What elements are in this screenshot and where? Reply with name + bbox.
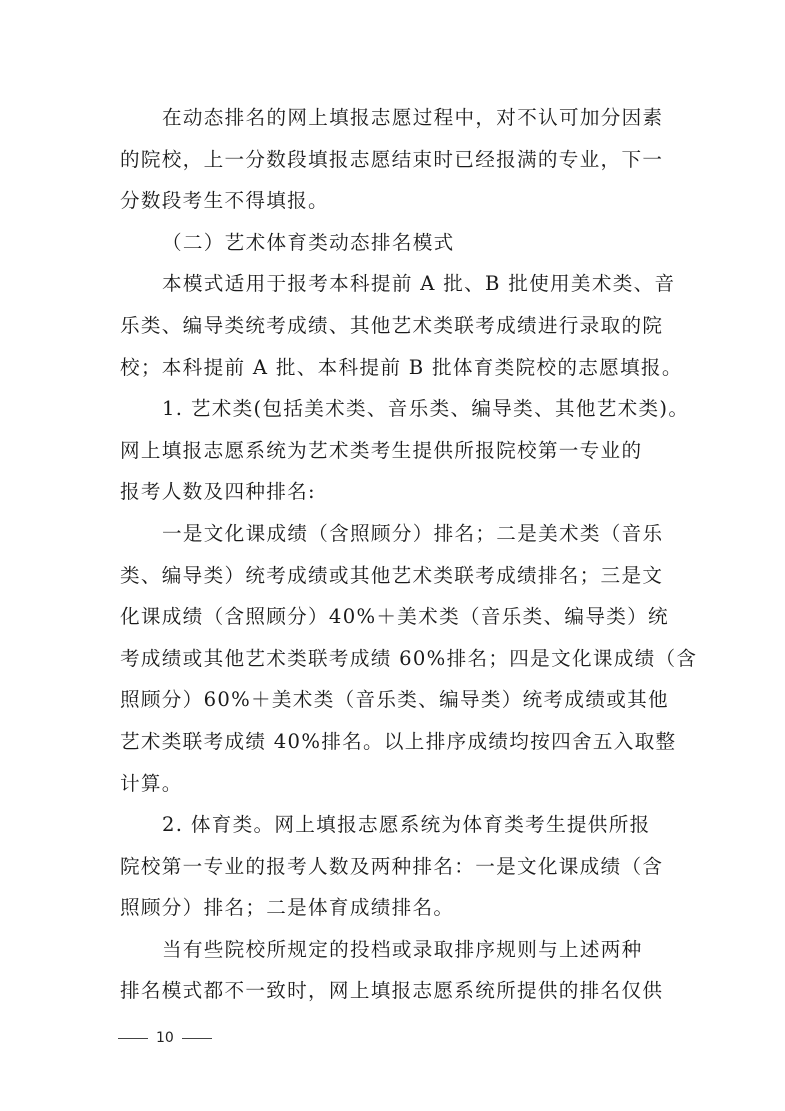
page-number: 10	[156, 1030, 174, 1046]
numbered-item-heading: 1. 艺术类(包括美术类、音乐类、编导类、其他艺术类)。	[120, 388, 665, 430]
paragraph-line: 的院校，上一分数段填报志愿结束时已经报满的专业，下一	[120, 139, 665, 181]
paragraph-line: 化课成绩（含照顾分）40%＋美术类（音乐类、编导类）统	[120, 596, 665, 638]
paragraph-line: 院校第一专业的报考人数及两种排名：一是文化课成绩（含	[120, 846, 665, 888]
paragraph-line: 艺术类联考成绩 40%排名。以上排序成绩均按四舍五入取整	[120, 721, 665, 763]
paragraph-line: 计算。	[120, 763, 665, 805]
numbered-item-heading: 2. 体育类。网上填报志愿系统为体育类考生提供所报	[120, 804, 665, 846]
footer-dash-left	[118, 1038, 148, 1039]
page-footer: 10	[118, 1030, 212, 1046]
paragraph-line: 网上填报志愿系统为艺术类考生提供所报院校第一专业的	[120, 430, 665, 472]
paragraph-line: 校；本科提前 A 批、本科提前 B 批体育类院校的志愿填报。	[120, 347, 665, 389]
paragraph-line: 一是文化课成绩（含照顾分）排名；二是美术类（音乐	[120, 513, 665, 555]
paragraph-line: 类、编导类）统考成绩或其他艺术类联考成绩排名；三是文	[120, 555, 665, 597]
paragraph-line: 当有些院校所规定的投档或录取排序规则与上述两种	[120, 929, 665, 971]
paragraph-line: 本模式适用于报考本科提前 A 批、B 批使用美术类、音	[120, 263, 665, 305]
paragraph-line: 照顾分）排名；二是体育成绩排名。	[120, 887, 665, 929]
paragraph-line: 在动态排名的网上填报志愿过程中，对不认可加分因素	[120, 97, 665, 139]
paragraph-line: 分数段考生不得填报。	[120, 180, 665, 222]
paragraph-line: 报考人数及四种排名:	[120, 471, 665, 513]
section-heading: （二）艺术体育类动态排名模式	[120, 222, 665, 264]
paragraph-line: 排名模式都不一致时，网上填报志愿系统所提供的排名仅供	[120, 970, 665, 1012]
document-body: 在动态排名的网上填报志愿过程中，对不认可加分因素 的院校，上一分数段填报志愿结束…	[120, 97, 665, 1012]
paragraph-line: 照顾分）60%＋美术类（音乐类、编导类）统考成绩或其他	[120, 679, 665, 721]
paragraph-line: 乐类、编导类统考成绩、其他艺术类联考成绩进行录取的院	[120, 305, 665, 347]
paragraph-line: 考成绩或其他艺术类联考成绩 60%排名；四是文化课成绩（含	[120, 638, 665, 680]
footer-dash-right	[182, 1038, 212, 1039]
